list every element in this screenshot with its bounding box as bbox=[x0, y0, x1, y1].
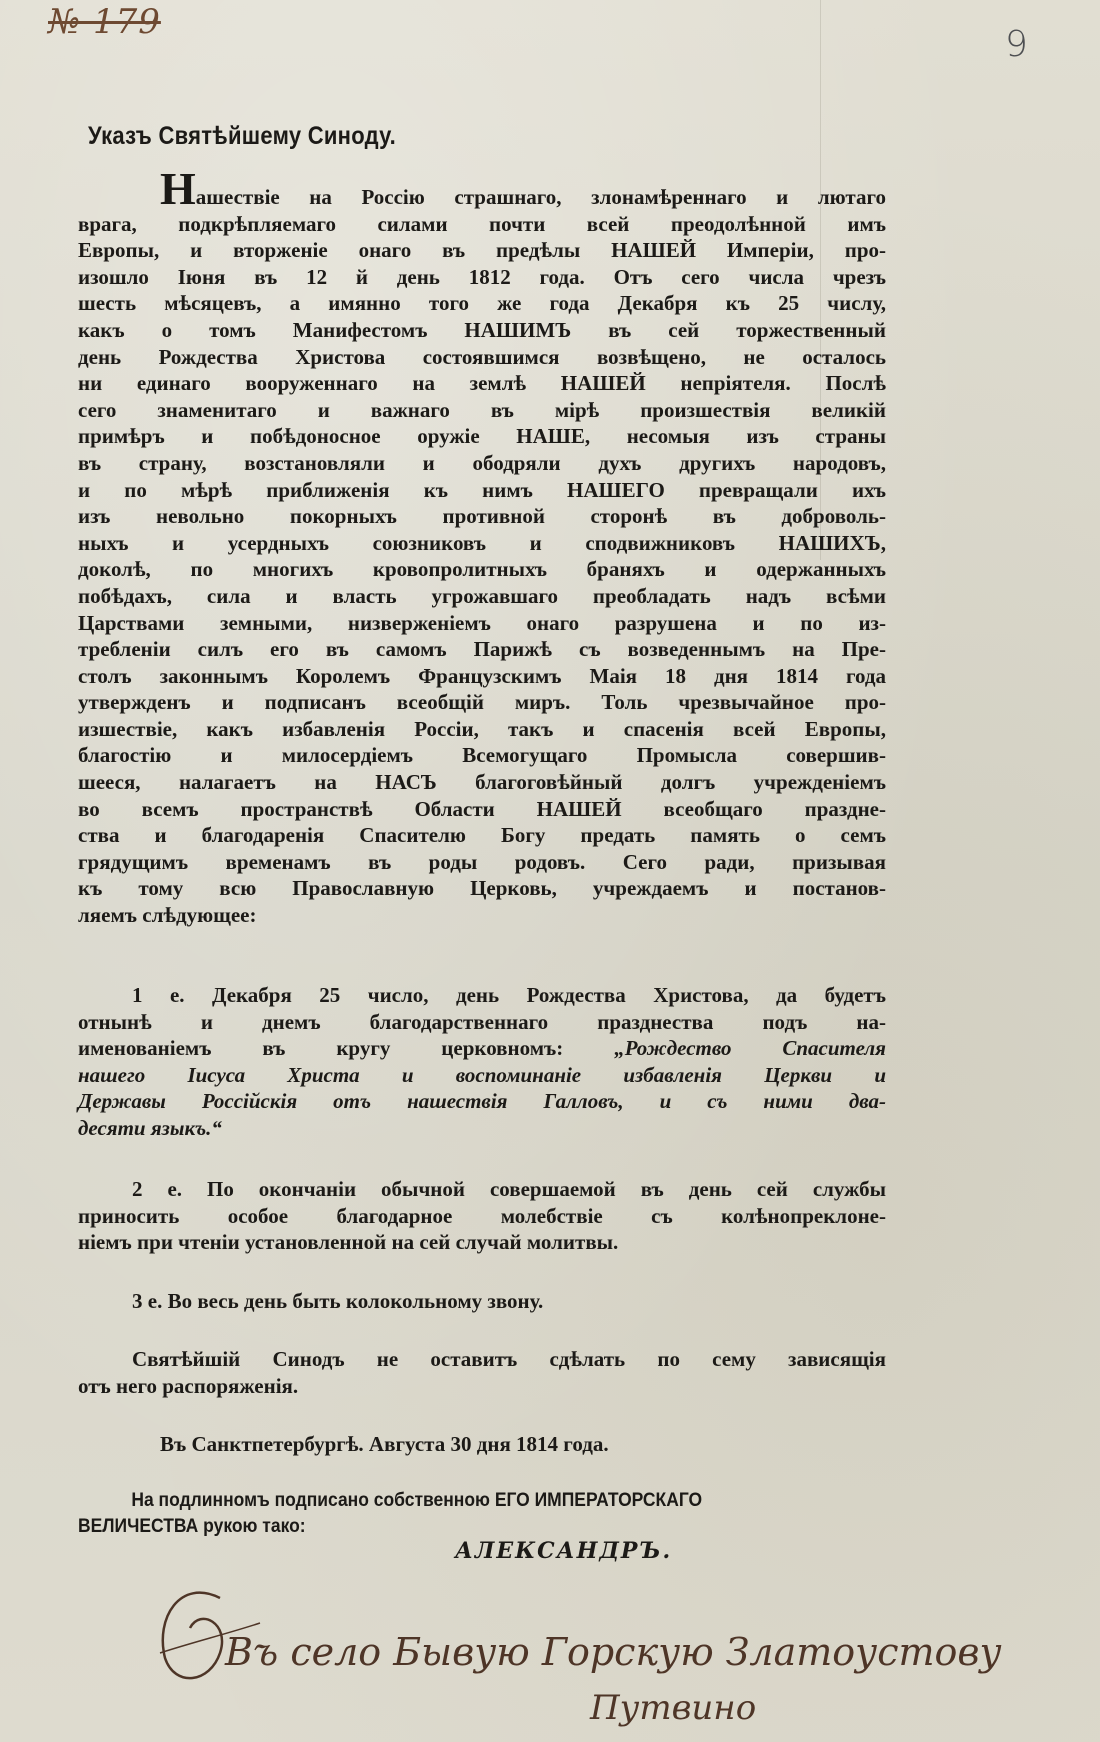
signed-note: На подлинномъ подписано собственною ЕГО … bbox=[78, 1488, 821, 1540]
preamble-line: какъ о томъ Манифестомъ НАШИМЪ въ сей то… bbox=[78, 317, 886, 344]
preamble-line: шесть мѣсяцевъ, а имянно того же года Де… bbox=[78, 290, 886, 317]
closing-paragraph: Святѣйшій Синодъ не оставитъ сдѣлать по … bbox=[78, 1346, 886, 1399]
preamble-line: день Рождества Христова состоявшимся воз… bbox=[78, 344, 886, 371]
preamble-line: грядущимъ временамъ въ роды родовъ. Сего… bbox=[78, 849, 886, 876]
point-line: отнынѣ и днемъ благодарственнаго праздне… bbox=[78, 1009, 886, 1036]
drop-cap: Н bbox=[160, 163, 196, 214]
preamble-line: утвержденъ и подписанъ всеобщій миръ. То… bbox=[78, 689, 886, 716]
preamble-line: и по мѣрѣ приближенія къ нимъ НАШЕГО пре… bbox=[78, 477, 886, 504]
document-page: № 179 9 Указъ Святѣйшему Синоду. Нашеств… bbox=[0, 0, 1100, 1742]
preamble-line: Царствами земными, низверженіемъ онаго р… bbox=[78, 610, 886, 637]
point-label: 3 е. bbox=[132, 1289, 162, 1313]
point-2: 2 е. По окончаніи обычной совершаемой въ… bbox=[78, 1176, 886, 1256]
preamble-line: врага, подкрѣпляемаго силами почти всей … bbox=[78, 211, 886, 238]
preamble-line: изшествіе, какъ избавленія Россіи, такъ … bbox=[78, 716, 886, 743]
archive-number: № 179 bbox=[48, 2, 161, 42]
signed-note-line: На подлинномъ подписано собственною ЕГО … bbox=[78, 1488, 821, 1514]
point-text: Декабря 25 число, день Рождества Христов… bbox=[212, 983, 886, 1007]
document-title: Указъ Святѣйшему Синоду. bbox=[88, 122, 396, 151]
handwritten-name: Путвино bbox=[590, 1688, 756, 1728]
preamble-line-rest: ашествіе на Россію страшнаго, злонамѣрен… bbox=[196, 185, 886, 209]
point-line: приносить особое благодарное молебствіе … bbox=[78, 1203, 886, 1230]
preamble-line: ства и благодаренія Спасителю Богу преда… bbox=[78, 822, 886, 849]
place-date: Въ Санктпетербургѣ. Августа 30 дня 1814 … bbox=[160, 1432, 609, 1457]
preamble-line: изъ невольно покорныхъ противной сторонѣ… bbox=[78, 503, 886, 530]
preamble: Нашествіе на Россію страшнаго, злонамѣре… bbox=[78, 176, 886, 929]
point-line: 3 е. Во весь день быть колокольному звон… bbox=[78, 1288, 886, 1315]
preamble-line: Нашествіе на Россію страшнаго, злонамѣре… bbox=[78, 176, 886, 211]
preamble-line: къ тому всю Православную Церковь, учрежд… bbox=[78, 875, 886, 902]
preamble-line: побѣдахъ, сила и власть угрожавшаго прео… bbox=[78, 583, 886, 610]
point-label: 2 е. bbox=[132, 1177, 182, 1201]
preamble-line: ни единаго вооруженнаго на землѣ НАШЕЙ н… bbox=[78, 370, 886, 397]
signed-note-line: ВЕЛИЧЕСТВА рукою тако: bbox=[78, 1514, 821, 1540]
preamble-line: примѣръ и побѣдоносное оружіе НАШЕ, несо… bbox=[78, 423, 886, 450]
preamble-line: изошло Іюня въ 12 й день 1812 года. Отъ … bbox=[78, 264, 886, 291]
preamble-line: ляемъ слѣдующее: bbox=[78, 902, 886, 929]
point-label: 1 е. bbox=[132, 983, 185, 1007]
point-line: ніемъ при чтеніи установленной на сей сл… bbox=[78, 1229, 886, 1256]
preamble-line: доколѣ, по многихъ кровопролитныхъ браня… bbox=[78, 556, 886, 583]
preamble-line: шееся, налагаетъ на НАСЪ благоговѣйный д… bbox=[78, 769, 886, 796]
point-line: 2 е. По окончаніи обычной совершаемой въ… bbox=[78, 1176, 886, 1203]
preamble-line: Европы, и вторженіе онаго въ предѣлы НАШ… bbox=[78, 237, 886, 264]
preamble-line: сего знаменитаго и важнаго въ мірѣ произ… bbox=[78, 397, 886, 424]
preamble-line: ныхъ и усердныхъ союзниковъ и сподвижник… bbox=[78, 530, 886, 557]
closing-line: Святѣйшій Синодъ не оставитъ сдѣлать по … bbox=[78, 1346, 886, 1373]
point-line: десяти языкъ.“ bbox=[78, 1115, 886, 1142]
point-1: 1 е. Декабря 25 число, день Рождества Хр… bbox=[78, 982, 886, 1142]
point-line: именованіемъ въ кругу церковномъ: „Рожде… bbox=[78, 1035, 886, 1062]
preamble-line: во всемъ пространствѣ Области НАШЕЙ всео… bbox=[78, 796, 886, 823]
handwritten-address: Въ село Бывую Горскую Златоустову bbox=[225, 1630, 1002, 1674]
point-3: 3 е. Во весь день быть колокольному звон… bbox=[78, 1288, 886, 1315]
point-text: По окончаніи обычной совершаемой въ день… bbox=[207, 1177, 886, 1201]
point-line: 1 е. Декабря 25 число, день Рождества Хр… bbox=[78, 982, 886, 1009]
preamble-line: въ страну, возстановляли и ободряли духъ… bbox=[78, 450, 886, 477]
point-text: Во весь день быть колокольному звону. bbox=[168, 1289, 544, 1313]
sheet-number: 9 bbox=[1005, 24, 1028, 65]
preamble-line: требленіи силъ его въ самомъ Парижѣ съ в… bbox=[78, 636, 886, 663]
preamble-line: столъ законнымъ Королемъ Французскимъ Ма… bbox=[78, 663, 886, 690]
point-line: нашего Іисуса Христа и воспоминаніе изба… bbox=[78, 1062, 886, 1089]
closing-line: отъ него распоряженія. bbox=[78, 1373, 886, 1400]
point-line: Державы Россійскія отъ нашествія Галловъ… bbox=[78, 1088, 886, 1115]
preamble-line: благостію и милосердіемъ Всемогущаго Про… bbox=[78, 742, 886, 769]
emperor-signature: АЛЕКСАНДРЪ. bbox=[455, 1538, 672, 1564]
